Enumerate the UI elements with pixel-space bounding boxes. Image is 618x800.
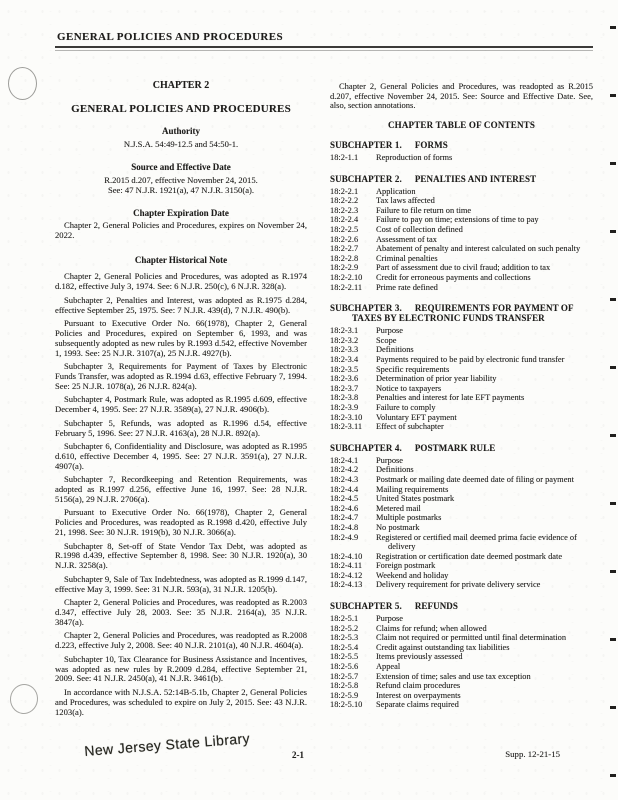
toc-entry: 18:2-2.4Failure to pay on time; extensio… — [330, 215, 593, 225]
historical-note-paragraph: Chapter 2, General Policies and Procedur… — [55, 272, 307, 292]
toc-entry: 18:2-3.10Voluntary EFT payment — [330, 413, 593, 423]
authority-heading: Authority — [55, 126, 307, 136]
section-number: 18:2-2.2 — [330, 196, 376, 206]
section-title: Purpose — [376, 326, 593, 336]
toc-entry: 18:2-3.11Effect of subchapter — [330, 422, 593, 432]
section-title: Weekend and holiday — [376, 571, 593, 581]
source-line: R.2015 d.207, effective November 24, 201… — [55, 175, 307, 185]
section-title: Assessment of tax — [376, 235, 593, 245]
section-title: Prime rate defined — [376, 283, 593, 293]
toc-entry: 18:2-2.3Failure to file return on time — [330, 206, 593, 216]
section-title: Failure to file return on time — [376, 206, 593, 216]
section-title: Purpose — [376, 456, 593, 466]
supplement-date: Supp. 12-21-15 — [505, 749, 560, 759]
section-number: 18:2-3.5 — [330, 365, 376, 375]
toc-entry: 18:2-4.3Postmark or mailing date deemed … — [330, 475, 593, 485]
toc-entry: 18:2-4.7Multiple postmarks — [330, 513, 593, 523]
toc-entry: 18:2-4.2Definitions — [330, 465, 593, 475]
historical-note-paragraph: Subchapter 2, Penalties and Interest, wa… — [55, 296, 307, 316]
subchapter-title: PENALTIES AND INTEREST — [415, 174, 536, 184]
section-number: 18:2-5.4 — [330, 643, 376, 653]
section-number: 18:2-3.9 — [330, 403, 376, 413]
page-number: 2-1 — [275, 750, 321, 760]
section-title: Multiple postmarks — [376, 513, 593, 523]
subchapter-label: SUBCHAPTER 1. — [330, 140, 402, 150]
historical-note-paragraph: Pursuant to Executive Order No. 66(1978)… — [55, 508, 307, 538]
toc-entry: 18:2-3.3Definitions — [330, 345, 593, 355]
section-title: Scope — [376, 336, 593, 346]
toc-entry: 18:2-2.2Tax laws affected — [330, 196, 593, 206]
section-title: Penalties and interest for late EFT paym… — [376, 393, 593, 403]
section-title: Payments required to be paid by electron… — [376, 355, 593, 365]
toc-entry: 18:2-3.6Determination of prior year liab… — [330, 374, 593, 384]
toc-entry: 18:2-4.13Delivery requirement for privat… — [330, 580, 593, 590]
section-number: 18:2-4.5 — [330, 494, 376, 504]
hole-punch-mark-bottom — [8, 682, 40, 716]
toc-entry: 18:2-2.7Abatement of penalty and interes… — [330, 244, 593, 254]
toc-entry: 18:2-5.2Claims for refund; when allowed — [330, 624, 593, 634]
section-title: Registered or certified mail deemed prim… — [376, 533, 593, 552]
toc-entry: 18:2-2.10Credit for erroneous payments a… — [330, 273, 593, 283]
toc-entry: 18:2-3.7Notice to taxpayers — [330, 384, 593, 394]
section-title: United States postmark — [376, 494, 593, 504]
toc-entry: 18:2-4.9Registered or certified mail dee… — [330, 533, 593, 552]
toc-entry: 18:2-4.6Metered mail — [330, 504, 593, 514]
subchapter-block: SUBCHAPTER 5.REFUNDS18:2-5.1Purpose18:2-… — [330, 601, 593, 710]
subchapter-label: SUBCHAPTER 5. — [330, 601, 402, 611]
section-title: Abatement of penalty and interest calcul… — [376, 244, 593, 254]
readoption-paragraph: Chapter 2, General Policies and Procedur… — [330, 82, 593, 111]
section-number: 18:2-2.11 — [330, 283, 376, 293]
section-title: Interest on overpayments — [376, 691, 593, 701]
toc-entry: 18:2-2.9Part of assessment due to civil … — [330, 263, 593, 273]
section-number: 18:2-4.12 — [330, 571, 376, 581]
section-number: 18:2-4.13 — [330, 580, 376, 590]
toc-entry: 18:2-5.5Items previously assessed — [330, 652, 593, 662]
section-title: Appeal — [376, 662, 593, 672]
subchapter-heading: SUBCHAPTER 4.POSTMARK RULE — [330, 443, 593, 453]
section-title: Separate claims required — [376, 700, 593, 710]
hole-punch-mark-top — [8, 67, 37, 100]
historical-note-paragraph: Subchapter 4, Postmark Rule, was adopted… — [55, 395, 307, 415]
section-number: 18:2-4.7 — [330, 513, 376, 523]
subchapter-label: SUBCHAPTER 3. — [330, 303, 402, 313]
toc-entry: 18:2-5.8Refund claim procedures — [330, 681, 593, 691]
section-number: 18:2-4.2 — [330, 465, 376, 475]
toc-entry: 18:2-2.1Application — [330, 187, 593, 197]
left-column: CHAPTER 2 GENERAL POLICIES AND PROCEDURE… — [55, 72, 307, 718]
toc-entry: 18:2-3.8Penalties and interest for late … — [330, 393, 593, 403]
chapter-expiration-heading: Chapter Expiration Date — [55, 208, 307, 218]
section-number: 18:2-3.10 — [330, 413, 376, 423]
toc-entry: 18:2-3.5Specific requirements — [330, 365, 593, 375]
section-title: Foreign postmark — [376, 561, 593, 571]
section-number: 18:2-3.7 — [330, 384, 376, 394]
section-number: 18:2-5.5 — [330, 652, 376, 662]
section-number: 18:2-3.3 — [330, 345, 376, 355]
toc-entry: 18:2-5.4Credit against outstanding tax l… — [330, 643, 593, 653]
toc-entry: 18:2-2.11Prime rate defined — [330, 283, 593, 293]
toc-entry: 18:2-3.1Purpose — [330, 326, 593, 336]
section-title: Reproduction of forms — [376, 153, 593, 163]
toc-entry: 18:2-3.9Failure to comply — [330, 403, 593, 413]
historical-note-paragraph: Chapter 2, General Policies and Procedur… — [55, 631, 307, 651]
source-line: See: 47 N.J.R. 1921(a), 47 N.J.R. 3150(a… — [55, 185, 307, 195]
section-number: 18:2-3.1 — [330, 326, 376, 336]
section-number: 18:2-4.10 — [330, 552, 376, 562]
section-number: 18:2-5.1 — [330, 614, 376, 624]
running-header-title: GENERAL POLICIES AND PROCEDURES — [57, 31, 283, 43]
subchapter-heading: SUBCHAPTER 1.FORMS — [330, 140, 593, 150]
section-number: 18:2-5.10 — [330, 700, 376, 710]
toc-entry: 18:2-5.7Extension of time; sales and use… — [330, 672, 593, 682]
subchapter-block: SUBCHAPTER 4.POSTMARK RULE18:2-4.1Purpos… — [330, 443, 593, 590]
section-number: 18:2-3.11 — [330, 422, 376, 432]
source-effective-date-heading: Source and Effective Date — [55, 162, 307, 172]
section-title: Items previously assessed — [376, 652, 593, 662]
section-number: 18:2-4.3 — [330, 475, 376, 485]
toc-entry: 18:2-5.3Claim not required or permitted … — [330, 633, 593, 643]
section-title: Voluntary EFT payment — [376, 413, 593, 423]
toc-entry: 18:2-5.9Interest on overpayments — [330, 691, 593, 701]
subchapter-label: SUBCHAPTER 4. — [330, 443, 402, 453]
section-title: Credit against outstanding tax liabiliti… — [376, 643, 593, 653]
section-number: 18:2-5.2 — [330, 624, 376, 634]
section-title: No postmark — [376, 523, 593, 533]
subchapter-title: REFUNDS — [415, 601, 458, 611]
historical-note-paragraph: Subchapter 10, Tax Clearance for Busines… — [55, 655, 307, 685]
toc-entry: 18:2-4.8No postmark — [330, 523, 593, 533]
section-title: Definitions — [376, 345, 593, 355]
section-number: 18:2-4.6 — [330, 504, 376, 514]
toc-entry: 18:2-5.1Purpose — [330, 614, 593, 624]
section-number: 18:2-5.8 — [330, 681, 376, 691]
section-number: 18:2-4.1 — [330, 456, 376, 466]
section-number: 18:2-2.7 — [330, 244, 376, 254]
chapter-title: GENERAL POLICIES AND PROCEDURES — [55, 103, 307, 115]
section-number: 18:2-1.1 — [330, 153, 376, 163]
section-number: 18:2-5.9 — [330, 691, 376, 701]
section-title: Definitions — [376, 465, 593, 475]
header-rule-shadow — [55, 50, 593, 51]
section-title: Refund claim procedures — [376, 681, 593, 691]
section-number: 18:2-5.6 — [330, 662, 376, 672]
section-number: 18:2-3.6 — [330, 374, 376, 384]
subchapter-heading: SUBCHAPTER 3.REQUIREMENTS FOR PAYMENT OF… — [330, 303, 593, 323]
section-title: Cost of collection defined — [376, 225, 593, 235]
toc-entry: 18:2-2.5Cost of collection defined — [330, 225, 593, 235]
section-title: Postmark or mailing date deemed date of … — [376, 475, 593, 485]
authority-citation: N.J.S.A. 54:49-12.5 and 54:50-1. — [55, 139, 307, 149]
section-number: 18:2-2.8 — [330, 254, 376, 264]
historical-note-paragraph: In accordance with N.J.S.A. 52:14B-5.1b,… — [55, 688, 307, 718]
table-of-contents: SUBCHAPTER 1.FORMS18:2-1.1Reproduction o… — [330, 140, 593, 710]
historical-note-paragraph: Subchapter 6, Confidentiality and Disclo… — [55, 442, 307, 472]
section-number: 18:2-2.4 — [330, 215, 376, 225]
subchapter-heading: SUBCHAPTER 2.PENALTIES AND INTEREST — [330, 174, 593, 184]
section-number: 18:2-2.1 — [330, 187, 376, 197]
toc-entry: 18:2-4.12Weekend and holiday — [330, 571, 593, 581]
historical-note-paragraphs: Chapter 2, General Policies and Procedur… — [55, 272, 307, 717]
section-title: Failure to pay on time; extensions of ti… — [376, 215, 593, 225]
toc-entry: 18:2-4.10Registration or certification d… — [330, 552, 593, 562]
subchapter-heading: SUBCHAPTER 5.REFUNDS — [330, 601, 593, 611]
section-title: Criminal penalties — [376, 254, 593, 264]
section-title: Effect of subchapter — [376, 422, 593, 432]
subchapter-label: SUBCHAPTER 2. — [330, 174, 402, 184]
toc-entry: 18:2-4.11Foreign postmark — [330, 561, 593, 571]
section-title: Metered mail — [376, 504, 593, 514]
section-title: Tax laws affected — [376, 196, 593, 206]
historical-note-paragraph: Subchapter 8, Set-off of State Vendor Ta… — [55, 542, 307, 572]
historical-note-paragraph: Subchapter 9, Sale of Tax Indebtedness, … — [55, 575, 307, 595]
table-of-contents-heading: CHAPTER TABLE OF CONTENTS — [330, 120, 593, 130]
toc-entry: 18:2-2.8Criminal penalties — [330, 254, 593, 264]
toc-entry: 18:2-4.1Purpose — [330, 456, 593, 466]
section-number: 18:2-4.8 — [330, 523, 376, 533]
historical-note-paragraph: Pursuant to Executive Order No. 66(1978)… — [55, 319, 307, 359]
chapter-number: CHAPTER 2 — [55, 80, 307, 91]
section-title: Notice to taxpayers — [376, 384, 593, 394]
section-number: 18:2-5.3 — [330, 633, 376, 643]
section-title: Credit for erroneous payments and collec… — [376, 273, 593, 283]
historical-note-paragraph: Subchapter 3, Requirements for Payment o… — [55, 362, 307, 392]
right-column: Chapter 2, General Policies and Procedur… — [330, 82, 593, 710]
scanned-document-page: GENERAL POLICIES AND PROCEDURES CHAPTER … — [0, 0, 618, 800]
toc-entry: 18:2-2.6Assessment of tax — [330, 235, 593, 245]
historical-note-paragraph: Subchapter 5, Refunds, was adopted as R.… — [55, 419, 307, 439]
toc-entry: 18:2-5.6Appeal — [330, 662, 593, 672]
section-title: Claim not required or permitted until fi… — [376, 633, 593, 643]
subchapter-title: FORMS — [415, 140, 448, 150]
section-number: 18:2-4.9 — [330, 533, 376, 552]
subchapter-block: SUBCHAPTER 2.PENALTIES AND INTEREST18:2-… — [330, 174, 593, 293]
section-number: 18:2-2.5 — [330, 225, 376, 235]
subchapter-block: SUBCHAPTER 1.FORMS18:2-1.1Reproduction o… — [330, 140, 593, 163]
toc-entry: 18:2-4.5United States postmark — [330, 494, 593, 504]
toc-entry: 18:2-3.2Scope — [330, 336, 593, 346]
section-title: Purpose — [376, 614, 593, 624]
header-rule — [55, 46, 593, 48]
section-number: 18:2-2.3 — [330, 206, 376, 216]
section-number: 18:2-2.6 — [330, 235, 376, 245]
section-number: 18:2-3.2 — [330, 336, 376, 346]
section-title: Specific requirements — [376, 365, 593, 375]
section-number: 18:2-4.4 — [330, 485, 376, 495]
section-number: 18:2-5.7 — [330, 672, 376, 682]
section-title: Part of assessment due to civil fraud; a… — [376, 263, 593, 273]
section-title: Mailing requirements — [376, 485, 593, 495]
chapter-expiration-text: Chapter 2, General Policies and Procedur… — [55, 221, 307, 241]
subchapter-block: SUBCHAPTER 3.REQUIREMENTS FOR PAYMENT OF… — [330, 303, 593, 432]
chapter-historical-note-heading: Chapter Historical Note — [55, 255, 307, 265]
section-title: Failure to comply — [376, 403, 593, 413]
section-title: Extension of time; sales and use tax exc… — [376, 672, 593, 682]
section-number: 18:2-2.10 — [330, 273, 376, 283]
historical-note-paragraph: Chapter 2, General Policies and Procedur… — [55, 598, 307, 628]
section-title: Delivery requirement for private deliver… — [376, 580, 593, 590]
section-number: 18:2-2.9 — [330, 263, 376, 273]
section-number: 18:2-3.8 — [330, 393, 376, 403]
subchapter-title: POSTMARK RULE — [415, 443, 496, 453]
toc-entry: 18:2-1.1Reproduction of forms — [330, 153, 593, 163]
toc-entry: 18:2-4.4Mailing requirements — [330, 485, 593, 495]
section-title: Determination of prior year liability — [376, 374, 593, 384]
toc-entry: 18:2-3.4Payments required to be paid by … — [330, 355, 593, 365]
historical-note-paragraph: Subchapter 7, Recordkeeping and Retentio… — [55, 475, 307, 505]
toc-entry: 18:2-5.10Separate claims required — [330, 700, 593, 710]
section-number: 18:2-3.4 — [330, 355, 376, 365]
section-title: Application — [376, 187, 593, 197]
section-number: 18:2-4.11 — [330, 561, 376, 571]
section-title: Registration or certification date deeme… — [376, 552, 593, 562]
scan-edge-marks — [610, 26, 616, 792]
section-title: Claims for refund; when allowed — [376, 624, 593, 634]
